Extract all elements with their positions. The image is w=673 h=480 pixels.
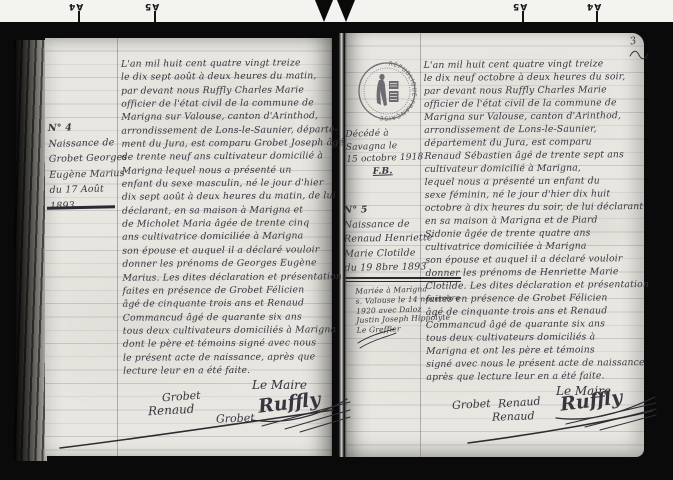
stamp-figure-icon <box>377 74 399 106</box>
text-line: octobre à dix heures du soir, de lui déc… <box>425 200 641 215</box>
calibration-tick <box>522 11 524 22</box>
fiducial-triangle-icon <box>337 0 355 22</box>
text-line: signé avec nous le présent acte de naiss… <box>426 356 642 371</box>
text-line: lecture leur en a été faite. <box>123 363 335 378</box>
left-act-body: L'an mil huit cent quatre vingt treizele… <box>121 56 335 378</box>
text-line: ans cultivatrice domiciliée à Marigna <box>122 230 334 245</box>
calibration-tick <box>154 11 156 22</box>
text-line: après que lecture leur en a été faite. <box>426 369 642 384</box>
calibration-label-a5-right: A5 <box>512 1 527 11</box>
signature: Renaud <box>492 409 535 423</box>
calibration-label-a5-left: A5 <box>144 1 159 11</box>
text-line: Eugène Marius <box>49 166 119 183</box>
text-line: Grobet Georges <box>49 150 119 167</box>
calibration-label-a4-right: A4 <box>586 1 601 11</box>
record-number: N° 4 <box>48 119 118 136</box>
signature: Grobet <box>216 411 255 425</box>
text-line: Naissance de <box>48 135 118 152</box>
text-line: le dix neuf octobre à deux heures du soi… <box>424 70 640 85</box>
signature: Renaud <box>148 402 195 418</box>
text-line: du 17 Août <box>49 181 119 198</box>
text-line: le dix sept août à deux heures du matin, <box>121 70 333 85</box>
signature: Grobet <box>452 397 491 412</box>
text-line: Naissance de <box>344 217 433 233</box>
calibration-label-a4-left: A4 <box>68 1 83 11</box>
official-stamp: RÉPUBLIQUE FRANÇAISE <box>356 60 418 122</box>
text-line: dix sept août à deux heures du matin, de… <box>122 190 334 205</box>
calibration-tick <box>596 11 598 22</box>
text-line: Marie Clotilde <box>344 246 433 262</box>
text-line: Clotilde. Les dites déclaration et prése… <box>426 278 642 293</box>
left-margin-rule <box>117 38 118 456</box>
text-line: de trente neuf ans cultivateur domicilié… <box>122 150 334 165</box>
right-act-body: L'an mil huit cent quatre vingt treizele… <box>424 57 643 384</box>
text-line: âgé de cinquante trois ans et Renaud <box>123 296 335 311</box>
right-margin-note: N° 5 Naissance deRenaud HenrietteMarie C… <box>343 202 433 276</box>
text-line: Renaud Sébastien âgé de trente sept ans <box>424 148 640 163</box>
calibration-tick <box>78 11 80 22</box>
text-line: du 19 8bre 1893 <box>344 260 433 276</box>
scanned-register-image: A4 A5 A5 A4 N° 4 Naissance deGrobet Geor… <box>0 0 673 480</box>
text-line: dont le père et témoins signé avec nous <box>123 336 335 351</box>
text-line: le présent acte de naissance, après que <box>123 350 335 365</box>
record-number: N° 5 <box>343 202 432 218</box>
book-page-edges <box>14 40 47 461</box>
fiducial-triangle-icon <box>315 0 333 22</box>
text-line: Marigna sur Valouse, canton d'Arinthod, <box>424 109 640 124</box>
text-line: Marigna sur Valouse, canton d'Arinthod, <box>121 110 333 125</box>
text-line: Renaud Henriette <box>344 231 433 247</box>
calibration-bar: A4 A5 A5 A4 <box>0 0 673 22</box>
text-line: Marius. Les dites déclaration et présent… <box>122 270 334 285</box>
text-line: donner les prénoms de Georges Eugène <box>122 256 334 271</box>
left-margin-note: N° 4 Naissance deGrobet GeorgesEugène Ma… <box>48 119 120 214</box>
